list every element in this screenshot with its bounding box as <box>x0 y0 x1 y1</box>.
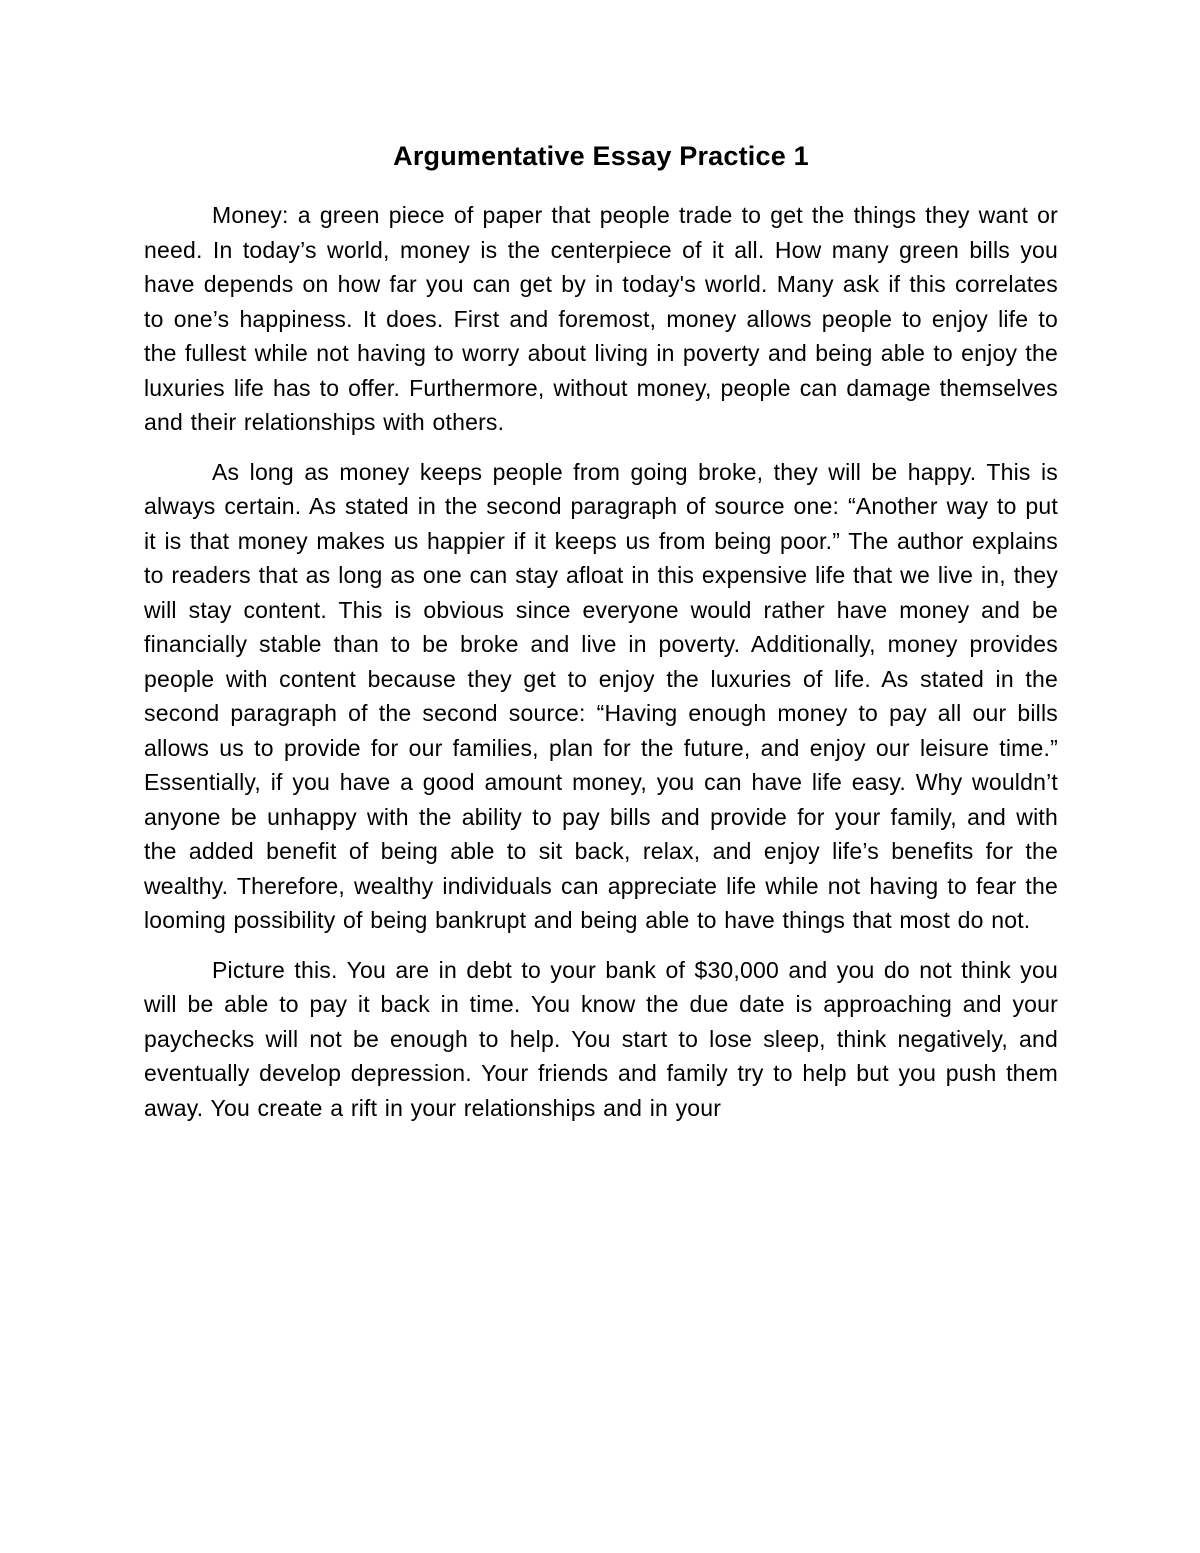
document-content: Argumentative Essay Practice 1 Money: a … <box>144 140 1058 1125</box>
essay-paragraph-2: As long as money keeps people from going… <box>144 455 1058 938</box>
essay-paragraph-3: Picture this. You are in debt to your ba… <box>144 953 1058 1126</box>
document-page: Argumentative Essay Practice 1 Money: a … <box>0 0 1200 1553</box>
essay-paragraph-1: Money: a green piece of paper that peopl… <box>144 198 1058 440</box>
document-title: Argumentative Essay Practice 1 <box>144 140 1058 172</box>
